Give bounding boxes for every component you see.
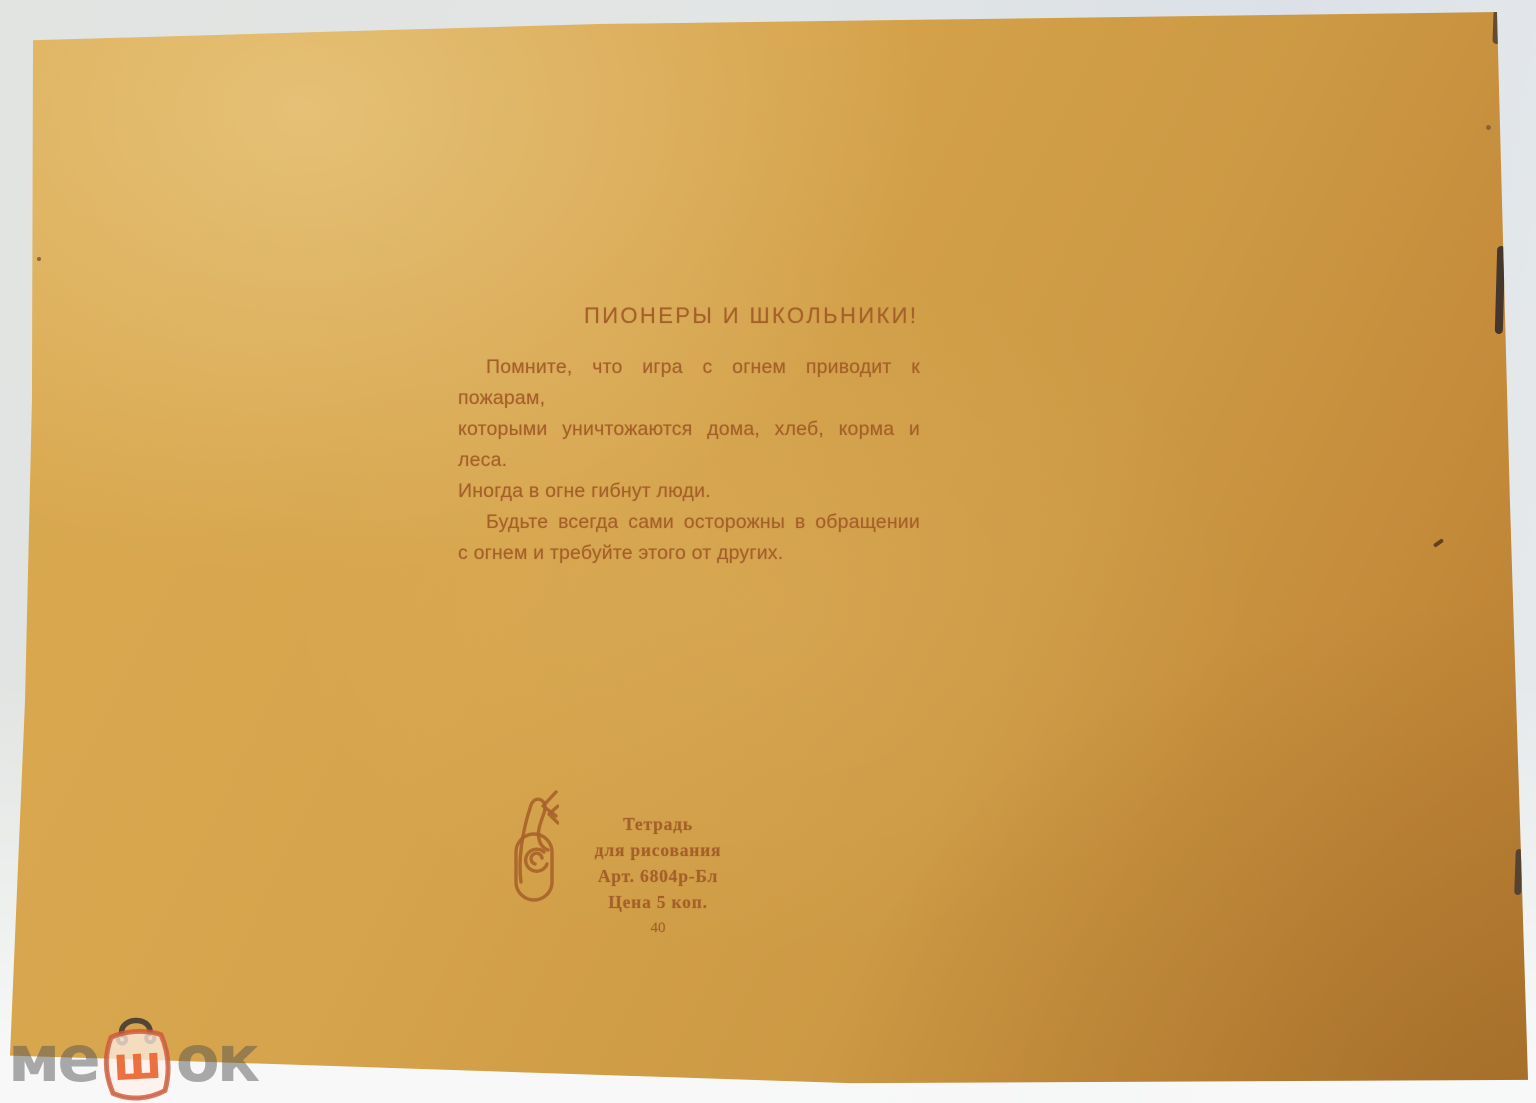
imprint-sheet-count: 40 [558,915,758,941]
cover-speck [37,257,41,261]
page-edge-mark [1514,849,1523,895]
text-line: которыми уничтожаются дома, хлеб, корма … [458,414,920,476]
photo-scene: ПИОНЕРЫ И ШКОЛЬНИКИ! Помните, что игра с… [0,0,1536,1103]
imprint-price: Цена 5 коп. [558,889,758,915]
imprint-block: Тетрадь для рисования Арт. 6804р-Бл Цена… [558,811,758,941]
notebook-back-cover: ПИОНЕРЫ И ШКОЛЬНИКИ! Помните, что игра с… [0,0,1536,1103]
cover-speck [1486,125,1491,130]
safety-text-block: Помните, что игра с огнем приводит к пож… [458,352,920,569]
page-edge-mark [1495,246,1505,334]
paper-mill-logo-icon [509,784,559,906]
text-line: Помните, что игра с огнем приводит к пож… [458,352,920,414]
cover-heading: ПИОНЕРЫ И ШКОЛЬНИКИ! [584,303,918,329]
text-line: Иногда в огне гибнут люди. [458,476,920,507]
imprint-product: Тетрадь [558,811,758,837]
text-line: с огнем и требуйте этого от других. [458,538,920,569]
page-edge-mark [1492,10,1502,44]
imprint-product2: для рисования [558,837,758,863]
cover-speck [1433,538,1444,548]
imprint-article: Арт. 6804р-Бл [558,863,758,889]
text-line: Будьте всегда сами осторожны в обращении [458,507,920,538]
